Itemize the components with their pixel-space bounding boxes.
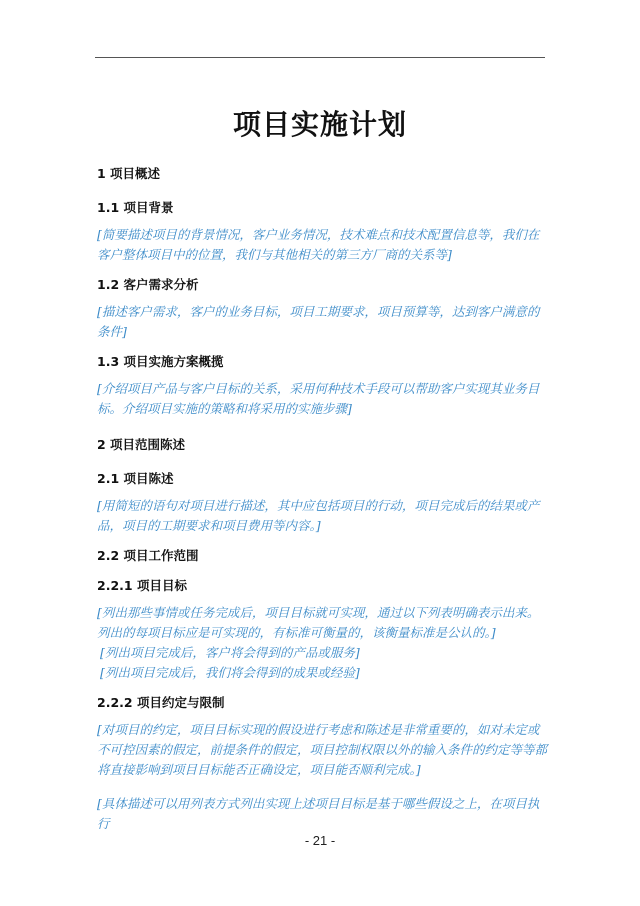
paragraph-1-1: [简要描述项目的背景情况，客户业务情况，技术难点和技术配置信息等，我们在客户整体…: [97, 225, 547, 265]
list-item: [列出项目完成后，我们将会得到的成果或经验]: [97, 663, 547, 683]
heading-1-1: 1.1 项目背景: [97, 198, 547, 218]
paragraph-2-2-1: [列出那些事情或任务完成后，项目目标就可实现，通过以下列表明确表示出来。列出的每…: [97, 603, 547, 643]
header-rule: [95, 57, 545, 58]
heading-2: 2 项目范围陈述: [97, 435, 547, 455]
paragraph-2-2-2-continued: [具体描述可以用列表方式列出实现上述项目目标是基于哪些假设之上，在项目执行: [97, 794, 547, 834]
paragraph-1-3: [介绍项目产品与客户目标的关系，采用何种技术手段可以帮助客户实现其业务目标。介绍…: [97, 379, 547, 419]
document-title: 项目实施计划: [0, 103, 640, 143]
heading-2-2: 2.2 项目工作范围: [97, 546, 547, 566]
document-body: 1 项目概述 1.1 项目背景 [简要描述项目的背景情况，客户业务情况，技术难点…: [97, 160, 547, 834]
paragraph-2-1: [用简短的语句对项目进行描述，其中应包括项目的行动，项目完成后的结果或产品，项目…: [97, 496, 547, 536]
heading-2-2-2: 2.2.2 项目约定与限制: [97, 693, 547, 713]
heading-1: 1 项目概述: [97, 164, 547, 184]
heading-1-2: 1.2 客户需求分析: [97, 275, 547, 295]
list-item: [列出项目完成后，客户将会得到的产品或服务]: [97, 643, 547, 663]
paragraph-2-2-2: [对项目的约定，项目目标实现的假设进行考虑和陈述是非常重要的，如对未定或不可控因…: [97, 720, 547, 780]
paragraph-1-2: [描述客户需求，客户的业务目标，项目工期要求，项目预算等，达到客户满意的条件]: [97, 302, 547, 342]
heading-1-3: 1.3 项目实施方案概揽: [97, 352, 547, 372]
page-number: - 21 -: [0, 833, 640, 848]
heading-2-2-1: 2.2.1 项目目标: [97, 576, 547, 596]
heading-2-1: 2.1 项目陈述: [97, 469, 547, 489]
